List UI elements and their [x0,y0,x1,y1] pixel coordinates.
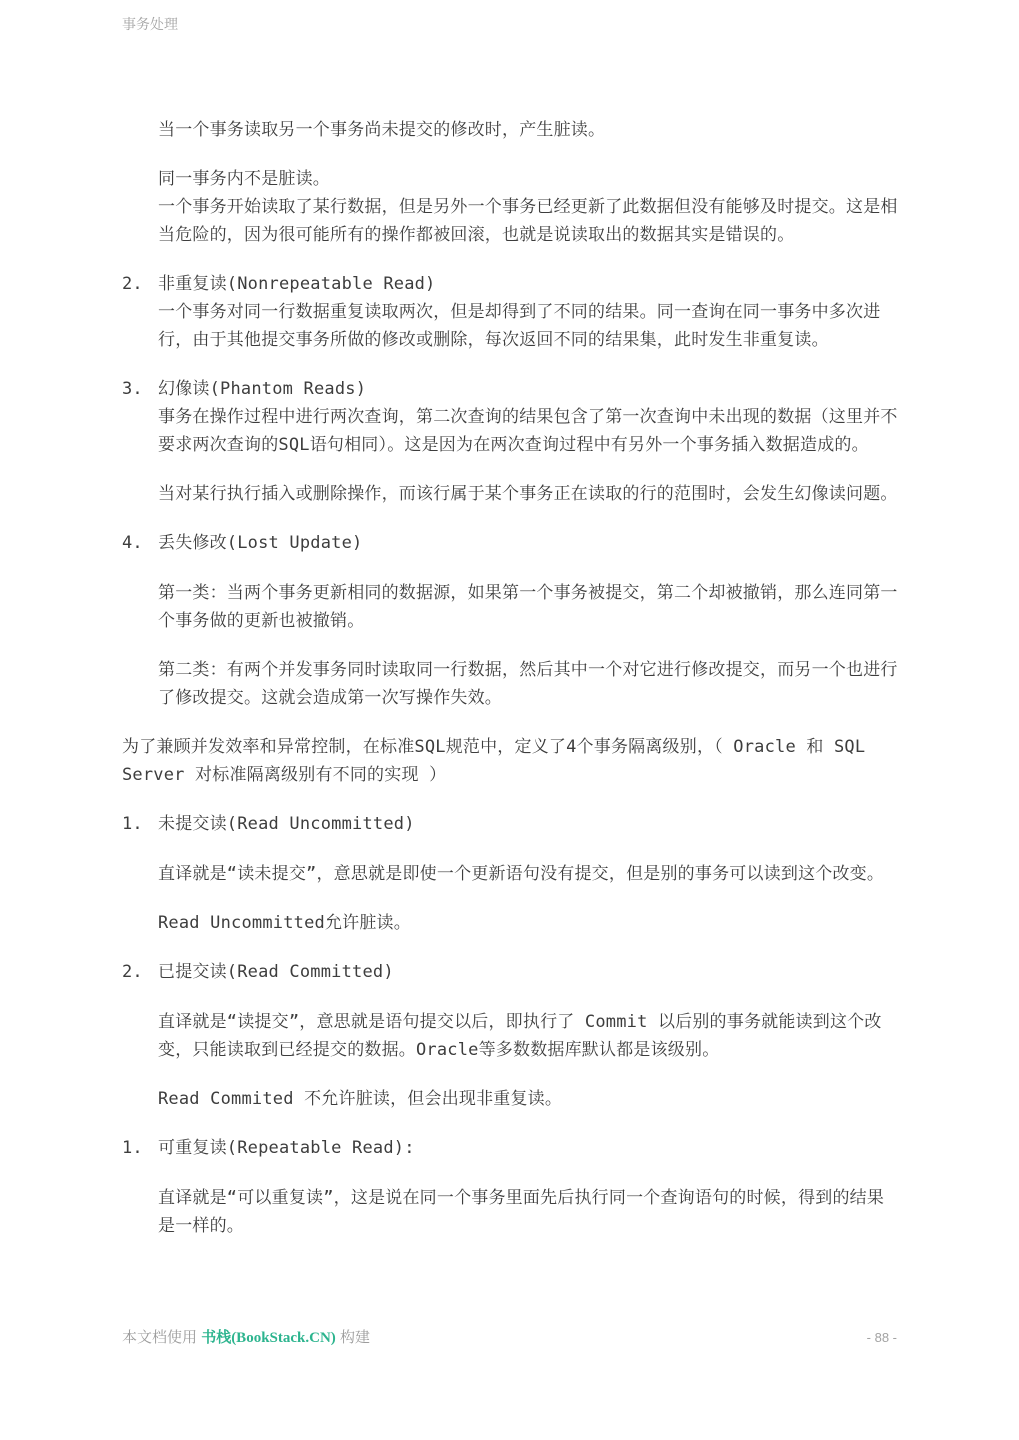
document-page: 事务处理 当一个事务读取另一个事务尚未提交的修改时，产生脏读。 同一事务内不是脏… [0,0,1019,1440]
paragraph: 直译就是“可以重复读”，这是说在同一个事务里面先后执行同一个查询语句的时候，得到… [158,1184,898,1240]
list-item-number: 4. [122,529,158,712]
paragraph-dirty-read-detail: 同一事务内不是脏读。一个事务开始读取了某行数据，但是另外一个事务已经更新了此数据… [158,165,898,249]
footer-prefix: 本文档使用 [122,1329,197,1346]
paragraph: 第二类：有两个并发事务同时读取同一行数据，然后其中一个对它进行修改提交，而另一个… [158,656,898,712]
paragraph: Read Commited 不允许脏读，但会出现非重复读。 [158,1085,898,1113]
paragraph: 一个事务对同一行数据重复读取两次，但是却得到了不同的结果。同一查询在同一事务中多… [158,298,898,354]
list-item-number: 2. [122,270,158,354]
list-item-body: 幻像读(Phantom Reads) 事务在操作过程中进行两次查询，第二次查询的… [158,375,898,508]
paragraph-line: 一个事务开始读取了某行数据，但是另外一个事务已经更新了此数据但没有能够及时提交。… [158,197,898,245]
list-item-lost-update: 4. 丢失修改(Lost Update) 第一类：当两个事务更新相同的数据源，如… [122,529,898,712]
paragraph: 事务在操作过程中进行两次查询，第二次查询的结果包含了第一次查询中未出现的数据（这… [158,403,898,459]
list-item-body: 可重复读(Repeatable Read): 直译就是“可以重复读”，这是说在同… [158,1134,898,1240]
page-footer: 本文档使用 书栈(BookStack.CN) 构建 - 88 - [122,1326,897,1347]
list-item-number: 3. [122,375,158,508]
list-item-title: 可重复读(Repeatable Read): [158,1134,898,1162]
page-content: 当一个事务读取另一个事务尚未提交的修改时，产生脏读。 同一事务内不是脏读。一个事… [122,116,898,1261]
footer-attribution: 本文档使用 书栈(BookStack.CN) 构建 [122,1326,370,1347]
paragraph: 直译就是“读未提交”，意思就是即使一个更新语句没有提交，但是别的事务可以读到这个… [158,860,898,888]
list-item-title: 丢失修改(Lost Update) [158,529,898,557]
footer-suffix: 构建 [340,1329,370,1346]
paragraph-dirty-read-intro: 当一个事务读取另一个事务尚未提交的修改时，产生脏读。 [158,116,898,144]
list-item-number: 2. [122,958,158,1113]
bookstack-link[interactable]: 书栈(BookStack.CN) [201,1330,336,1346]
paragraph: 当对某行执行插入或删除操作，而该行属于某个事务正在读取的行的范围时，会发生幻像读… [158,480,898,508]
page-header: 事务处理 [122,14,178,34]
list-item-read-uncommitted: 1. 未提交读(Read Uncommitted) 直译就是“读未提交”，意思就… [122,810,898,937]
list-item-title: 已提交读(Read Committed) [158,958,898,986]
list-item-title: 幻像读(Phantom Reads) [158,375,898,403]
list-item-phantom-reads: 3. 幻像读(Phantom Reads) 事务在操作过程中进行两次查询，第二次… [122,375,898,508]
paragraph: 直译就是“读提交”，意思就是语句提交以后，即执行了 Commit 以后别的事务就… [158,1008,898,1064]
list-item-title: 非重复读(Nonrepeatable Read) [158,270,898,298]
paragraph: 第一类：当两个事务更新相同的数据源，如果第一个事务被提交，第二个却被撤销，那么连… [158,579,898,635]
list-item-number: 1. [122,810,158,937]
list-item-body: 未提交读(Read Uncommitted) 直译就是“读未提交”，意思就是即使… [158,810,898,937]
paragraph-isolation-levels-intro: 为了兼顾并发效率和异常控制，在标准SQL规范中，定义了4个事务隔离级别，（ Or… [122,733,898,789]
list-item-body: 丢失修改(Lost Update) 第一类：当两个事务更新相同的数据源，如果第一… [158,529,898,712]
list-item-nonrepeatable-read: 2. 非重复读(Nonrepeatable Read) 一个事务对同一行数据重复… [122,270,898,354]
list-item-body: 非重复读(Nonrepeatable Read) 一个事务对同一行数据重复读取两… [158,270,898,354]
list-item-repeatable-read: 1. 可重复读(Repeatable Read): 直译就是“可以重复读”，这是… [122,1134,898,1240]
list-item-read-committed: 2. 已提交读(Read Committed) 直译就是“读提交”，意思就是语句… [122,958,898,1113]
paragraph: Read Uncommitted允许脏读。 [158,909,898,937]
paragraph-line: 同一事务内不是脏读。 [158,169,330,189]
list-item-number: 1. [122,1134,158,1240]
list-item-title: 未提交读(Read Uncommitted) [158,810,898,838]
header-title: 事务处理 [122,16,178,32]
page-number: - 88 - [867,1330,897,1345]
list-item-body: 已提交读(Read Committed) 直译就是“读提交”，意思就是语句提交以… [158,958,898,1113]
